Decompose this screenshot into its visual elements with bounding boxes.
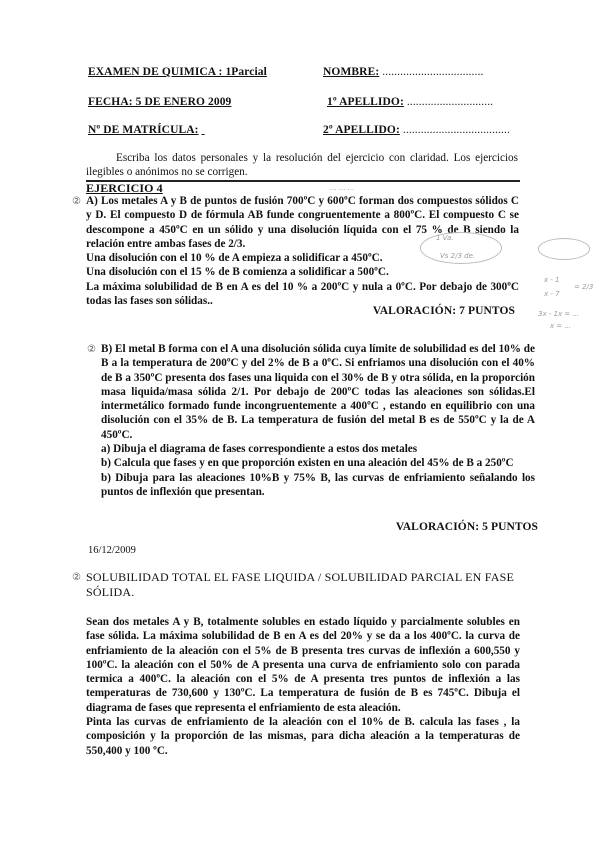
section-body: Sean dos metales A y B, totalmente solub… (86, 615, 520, 758)
handwritten-note: x - 7 (544, 290, 560, 298)
matricula-field: Nº DE MATRÍCULA: (88, 124, 262, 136)
section-paragraph: Pinta las curvas de enfriamiento de la a… (86, 715, 520, 758)
handwritten-note: x = ... (550, 322, 571, 330)
handwritten-note: ... ... ... (330, 184, 354, 192)
nombre-label: NOMBRE: (323, 66, 379, 78)
matricula-blank (202, 124, 262, 136)
nombre-dots: .................................. (382, 66, 483, 78)
section-date: 16/12/2009 (88, 545, 136, 556)
nombre-field: NOMBRE: ................................… (323, 66, 483, 78)
matricula-label: Nº DE MATRÍCULA: (88, 124, 199, 136)
part-b-marker-icon: ② (87, 344, 96, 355)
handwritten-ellipse (538, 238, 590, 260)
apellido2-label: 2º APELLIDO: (323, 124, 400, 136)
section-marker-icon: ② (72, 572, 81, 583)
exam-date: FECHA: 5 DE ENERO 2009 (88, 96, 231, 108)
apellido2-dots: .................................... (403, 124, 510, 136)
handwritten-note: 3x - 1x = ... (538, 310, 579, 318)
exam-title: EXAMEN DE QUIMICA : 1Parcial (88, 66, 267, 78)
part-a-score: VALORACIÓN: 7 PUNTOS (360, 305, 515, 317)
part-b-question: b) Dibuja para las aleaciones 10%B y 75%… (101, 471, 535, 500)
part-a-marker-icon: ② (72, 196, 81, 207)
section-title: SOLUBILIDAD TOTAL EL FASE LIQUIDA / SOLU… (86, 570, 526, 600)
part-b-text: B) El metal B forma con el A una disoluc… (101, 342, 535, 499)
handwritten-note: = 2/3 (574, 283, 593, 291)
instructions: Escriba los datos personales y la resolu… (86, 151, 518, 180)
handwritten-note: Vs 2/3 de. (440, 252, 475, 260)
section-paragraph: Sean dos metales A y B, totalmente solub… (86, 615, 520, 715)
part-b-question: b) Calcula que fases y en que proporción… (101, 456, 535, 470)
apellido1-field: 1º APELLIDO: ...........................… (327, 96, 493, 108)
apellido2-field: 2º APELLIDO: ...........................… (323, 124, 510, 136)
handwritten-note: x - 1 (544, 276, 560, 284)
part-a-line: Una disolución con el 15 % de B comienza… (86, 265, 519, 279)
part-b-score: VALORACIÓN: 5 PUNTOS (380, 521, 538, 533)
part-b-statement: B) El metal B forma con el A una disoluc… (101, 342, 535, 442)
apellido1-label: 1º APELLIDO: (327, 96, 404, 108)
handwritten-note: 1 Va. (436, 234, 454, 242)
part-b-question: a) Dibuja el diagrama de fases correspon… (101, 442, 535, 456)
apellido1-dots: ............................. (407, 96, 493, 108)
